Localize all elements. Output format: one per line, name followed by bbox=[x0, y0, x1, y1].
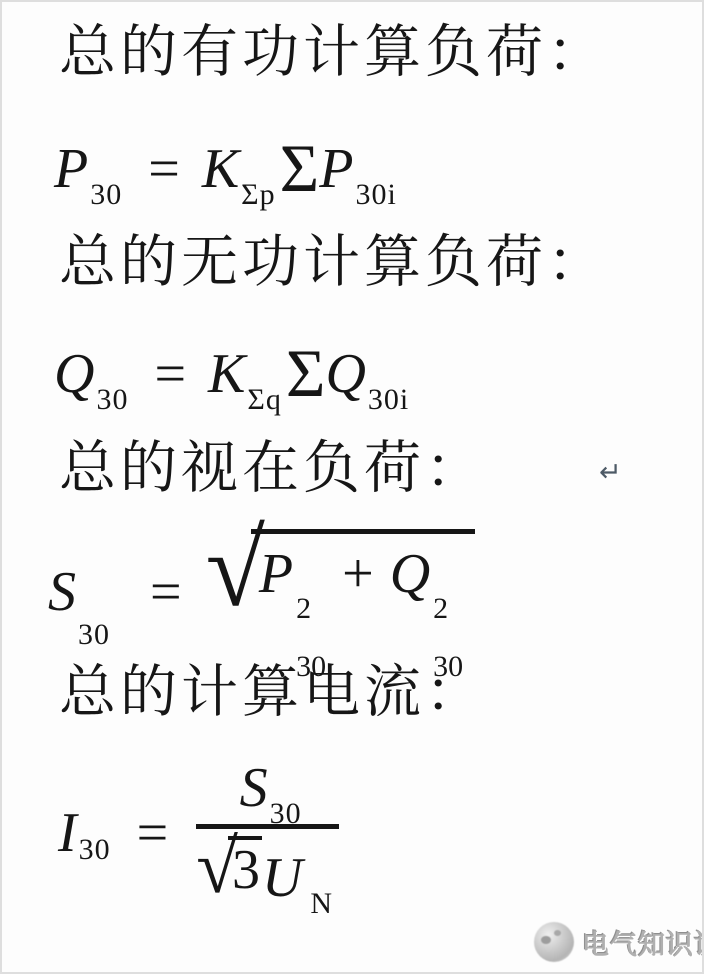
formula-i30-lhs: I bbox=[58, 805, 77, 861]
formula-i30-numerator: S30 bbox=[226, 760, 310, 824]
formula-q30-lhs: Q bbox=[54, 346, 94, 402]
formula-q30-lhs-subscript: 30 bbox=[96, 385, 128, 415]
heading-active-load: 总的有功计算负荷： bbox=[59, 22, 608, 85]
document-page: 总的有功计算负荷： P30 = KΣp Σ P30i 总的无功计算负荷： Q30… bbox=[0, 0, 704, 974]
watermark-text: 电气知识课堂 bbox=[582, 923, 704, 962]
heading-calculated-current: 总的计算电流： bbox=[59, 662, 486, 725]
formula-q30-equals: = bbox=[154, 346, 186, 402]
formula-s30-lhs-group: S30 = bbox=[48, 564, 204, 633]
heading-reactive-load: 总的无功计算负荷： bbox=[59, 232, 608, 295]
formula-reactive-power: Q30 = KΣq Σ Q30i bbox=[54, 335, 409, 403]
formula-i30-lhs-subscript: 30 bbox=[79, 835, 111, 865]
formula-s30-term2-superscript: 2 bbox=[433, 594, 463, 624]
formula-q30-coefficient-subscript: Σq bbox=[247, 385, 281, 415]
formula-i30-denominator-var: U bbox=[262, 850, 302, 906]
paragraph-return-icon: ↵ bbox=[599, 457, 622, 488]
formula-q30-term: Q bbox=[325, 346, 365, 402]
formula-calculated-current: I30 = S30 √3UN bbox=[58, 760, 339, 906]
formula-active-power: P30 = KΣp Σ P30i bbox=[54, 130, 397, 198]
watermark: 电气知识课堂 bbox=[534, 922, 704, 962]
formula-s30-lhs-subscript: 30 bbox=[78, 618, 110, 651]
formula-s30-square-root: √ P230 + Q230 bbox=[206, 529, 476, 656]
watermark-logo-icon bbox=[534, 922, 574, 962]
formula-s30-radicand: P230 + Q230 bbox=[251, 529, 475, 656]
heading-apparent-load: 总的视在负荷： bbox=[59, 438, 486, 501]
formula-s30-term2: Q bbox=[390, 546, 430, 602]
formula-s30-term1-superscript: 2 bbox=[296, 594, 326, 624]
formula-i30-numerator-var: S bbox=[240, 760, 268, 816]
formula-p30-term-subscript: 30i bbox=[355, 180, 396, 210]
formula-i30-numerator-subscript: 30 bbox=[270, 799, 302, 829]
formula-s30-plus: + bbox=[342, 546, 374, 602]
radical-sign-icon: √ bbox=[206, 526, 265, 615]
formula-p30-sum-symbol: Σ bbox=[280, 134, 320, 202]
formula-s30-equals: = bbox=[150, 561, 182, 623]
formula-q30-term-subscript: 30i bbox=[368, 385, 409, 415]
formula-q30-sum-symbol: Σ bbox=[286, 339, 326, 407]
formula-i30-equals: = bbox=[137, 805, 169, 861]
formula-p30-equals: = bbox=[148, 141, 180, 197]
formula-i30-denominator: √3UN bbox=[196, 824, 339, 906]
formula-i30-denominator-coefficient: 3 bbox=[228, 836, 262, 898]
formula-apparent-power: S30 = √ P230 + Q230 bbox=[48, 529, 475, 656]
formula-p30-lhs: P bbox=[54, 141, 88, 197]
formula-i30-denominator-subscript: N bbox=[310, 889, 333, 919]
formula-s30-lhs: S bbox=[48, 561, 76, 623]
formula-i30-fraction: S30 √3UN bbox=[196, 760, 339, 906]
formula-p30-term: P bbox=[319, 141, 353, 197]
formula-q30-coefficient: K bbox=[208, 346, 245, 402]
formula-p30-coefficient-subscript: Σp bbox=[241, 180, 275, 210]
formula-p30-lhs-subscript: 30 bbox=[90, 180, 122, 210]
formula-p30-coefficient: K bbox=[202, 141, 239, 197]
